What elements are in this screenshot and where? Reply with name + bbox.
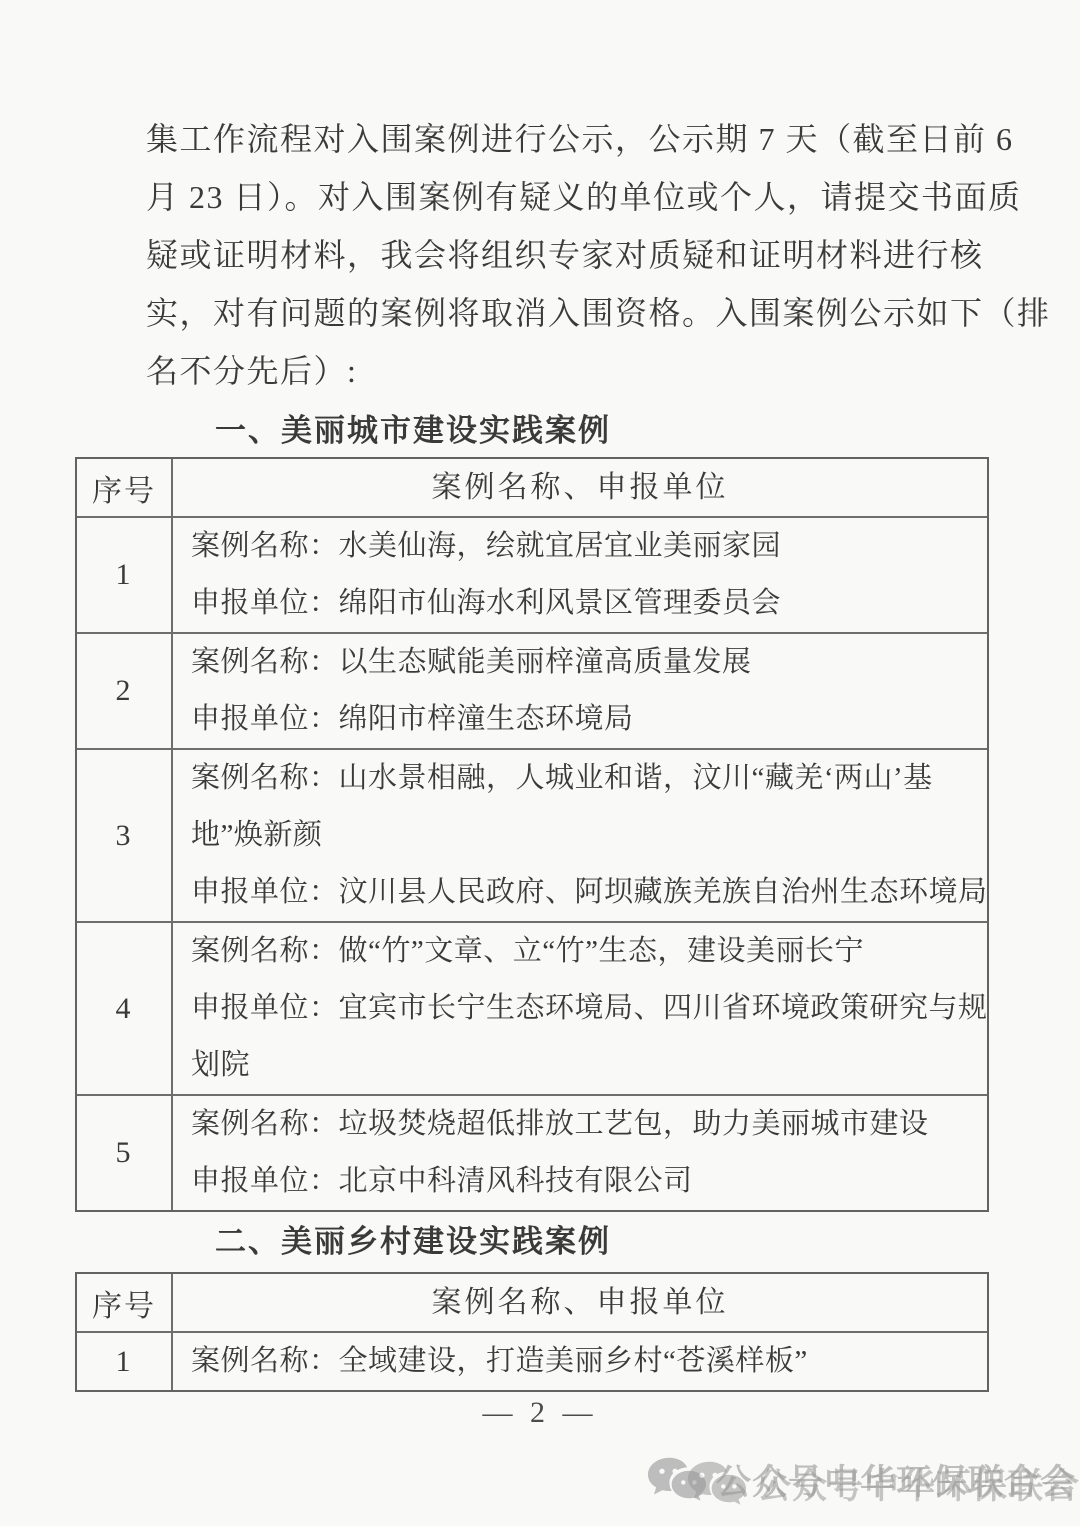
document-page: 集工作流程对入围案例进行公示，公示期 7 天（截至日前 6月 23 日）。对入围…: [0, 0, 1080, 1526]
wechat-icon: [686, 1459, 748, 1509]
case-line: 申报单位：汶川县人民政府、阿坝藏族羌族自治州生态环境局: [191, 864, 987, 921]
page-number: — 2 —: [0, 1396, 1080, 1430]
case-line: 案例名称：垃圾焚烧超低排放工艺包，助力美丽城市建设: [191, 1096, 987, 1153]
case-section: 一、美丽城市建设实践案例序号案例名称、申报单位1案例名称：水美仙海，绘就宜居宜业…: [75, 404, 989, 1212]
case-line: 案例名称：山水景相融，人城业和谐，汶川“藏羌‘两山’基: [191, 750, 987, 807]
table-row: 2案例名称：以生态赋能美丽梓潼高质量发展申报单位：绵阳市梓潼生态环境局: [77, 632, 987, 748]
table-row: 5案例名称：垃圾焚烧超低排放工艺包，助力美丽城市建设申报单位：北京中科清风科技有…: [77, 1094, 987, 1210]
table-row: 1案例名称：水美仙海，绘就宜居宜业美丽家园申报单位：绵阳市仙海水利风景区管理委员…: [77, 516, 987, 632]
header-title-text: 案例名称、申报单位: [432, 459, 729, 516]
row-serial-cell: 2: [77, 634, 173, 748]
paragraph-line: 疑或证明材料，我会将组织专家对质疑和证明材料进行核: [146, 226, 948, 284]
intro-paragraph: 集工作流程对入围案例进行公示，公示期 7 天（截至日前 6月 23 日）。对入围…: [146, 110, 948, 400]
section-heading: 二、美丽乡村建设实践案例: [75, 1212, 989, 1272]
paragraph-line: 名不分先后）:: [146, 342, 948, 400]
row-serial-cell: 1: [77, 1333, 173, 1390]
paragraph-line: 实，对有问题的案例将取消入围资格。入围案例公示如下（排: [146, 284, 948, 342]
table-header-row: 序号案例名称、申报单位: [77, 459, 987, 516]
case-line: 案例名称：全域建设，打造美丽乡村“苍溪样板”: [191, 1333, 987, 1390]
header-cell-serial: 序号: [77, 459, 173, 516]
row-serial-cell: 4: [77, 923, 173, 1094]
paragraph-line: 月 23 日）。对入围案例有疑义的单位或个人，请提交书面质: [146, 168, 948, 226]
case-line: 案例名称：以生态赋能美丽梓潼高质量发展: [191, 634, 987, 691]
case-line: 申报单位：北京中科清风科技有限公司: [191, 1153, 987, 1210]
watermark-layer-back: 公众号中华环保联合会: [646, 1455, 1076, 1505]
case-cell: 案例名称：水美仙海，绘就宜居宜业美丽家园申报单位：绵阳市仙海水利风景区管理委员会: [173, 518, 987, 632]
wechat-icon: [646, 1455, 708, 1505]
header-cell-title: 案例名称、申报单位: [173, 459, 987, 516]
table-row: 4案例名称：做“竹”文章、立“竹”生态，建设美丽长宁申报单位：宜宾市长宁生态环境…: [77, 921, 987, 1094]
paragraph-line: 集工作流程对入围案例进行公示，公示期 7 天（截至日前 6: [146, 110, 948, 168]
cases-table: 序号案例名称、申报单位1案例名称：水美仙海，绘就宜居宜业美丽家园申报单位：绵阳市…: [75, 457, 989, 1212]
case-line: 申报单位：宜宾市长宁生态环境局、四川省环境政策研究与规: [191, 980, 987, 1037]
case-cell: 案例名称：垃圾焚烧超低排放工艺包，助力美丽城市建设申报单位：北京中科清风科技有限…: [173, 1096, 987, 1210]
case-line: 案例名称：做“竹”文章、立“竹”生态，建设美丽长宁: [191, 923, 987, 980]
header-title-text: 案例名称、申报单位: [432, 1274, 729, 1331]
case-line: 申报单位：绵阳市仙海水利风景区管理委员会: [191, 575, 987, 632]
case-sections: 一、美丽城市建设实践案例序号案例名称、申报单位1案例名称：水美仙海，绘就宜居宜业…: [75, 404, 989, 1392]
cases-table: 序号案例名称、申报单位1案例名称：全域建设，打造美丽乡村“苍溪样板”: [75, 1272, 989, 1392]
header-cell-title: 案例名称、申报单位: [173, 1274, 987, 1331]
header-cell-serial: 序号: [77, 1274, 173, 1331]
case-section: 二、美丽乡村建设实践案例序号案例名称、申报单位1案例名称：全域建设，打造美丽乡村…: [75, 1212, 989, 1392]
case-cell: 案例名称：做“竹”文章、立“竹”生态，建设美丽长宁申报单位：宜宾市长宁生态环境局…: [173, 923, 987, 1094]
table-row: 3案例名称：山水景相融，人城业和谐，汶川“藏羌‘两山’基地”焕新颜申报单位：汶川…: [77, 748, 987, 921]
row-serial-cell: 1: [77, 518, 173, 632]
table-row: 1案例名称：全域建设，打造美丽乡村“苍溪样板”: [77, 1331, 987, 1390]
watermark-layer-front: 公众号中华环保联合会: [686, 1459, 1080, 1509]
watermark-text: 公众号中华环保联合会: [716, 1455, 1076, 1505]
table-header-row: 序号案例名称、申报单位: [77, 1274, 987, 1331]
section-heading: 一、美丽城市建设实践案例: [75, 404, 989, 457]
watermark-text: 公众号中华环保联合会: [756, 1459, 1080, 1509]
case-cell: 案例名称：山水景相融，人城业和谐，汶川“藏羌‘两山’基地”焕新颜申报单位：汶川县…: [173, 750, 987, 921]
row-serial-cell: 5: [77, 1096, 173, 1210]
case-cell: 案例名称：以生态赋能美丽梓潼高质量发展申报单位：绵阳市梓潼生态环境局: [173, 634, 987, 748]
case-line: 申报单位：绵阳市梓潼生态环境局: [191, 691, 987, 748]
wechat-watermark: 公众号中华环保联合会 公众号中华环保联合会: [646, 1455, 1066, 1521]
case-line: 案例名称：水美仙海，绘就宜居宜业美丽家园: [191, 518, 987, 575]
case-line: 地”焕新颜: [191, 807, 987, 864]
row-serial-cell: 3: [77, 750, 173, 921]
case-line: 划院: [191, 1037, 987, 1094]
case-cell: 案例名称：全域建设，打造美丽乡村“苍溪样板”: [173, 1333, 987, 1390]
